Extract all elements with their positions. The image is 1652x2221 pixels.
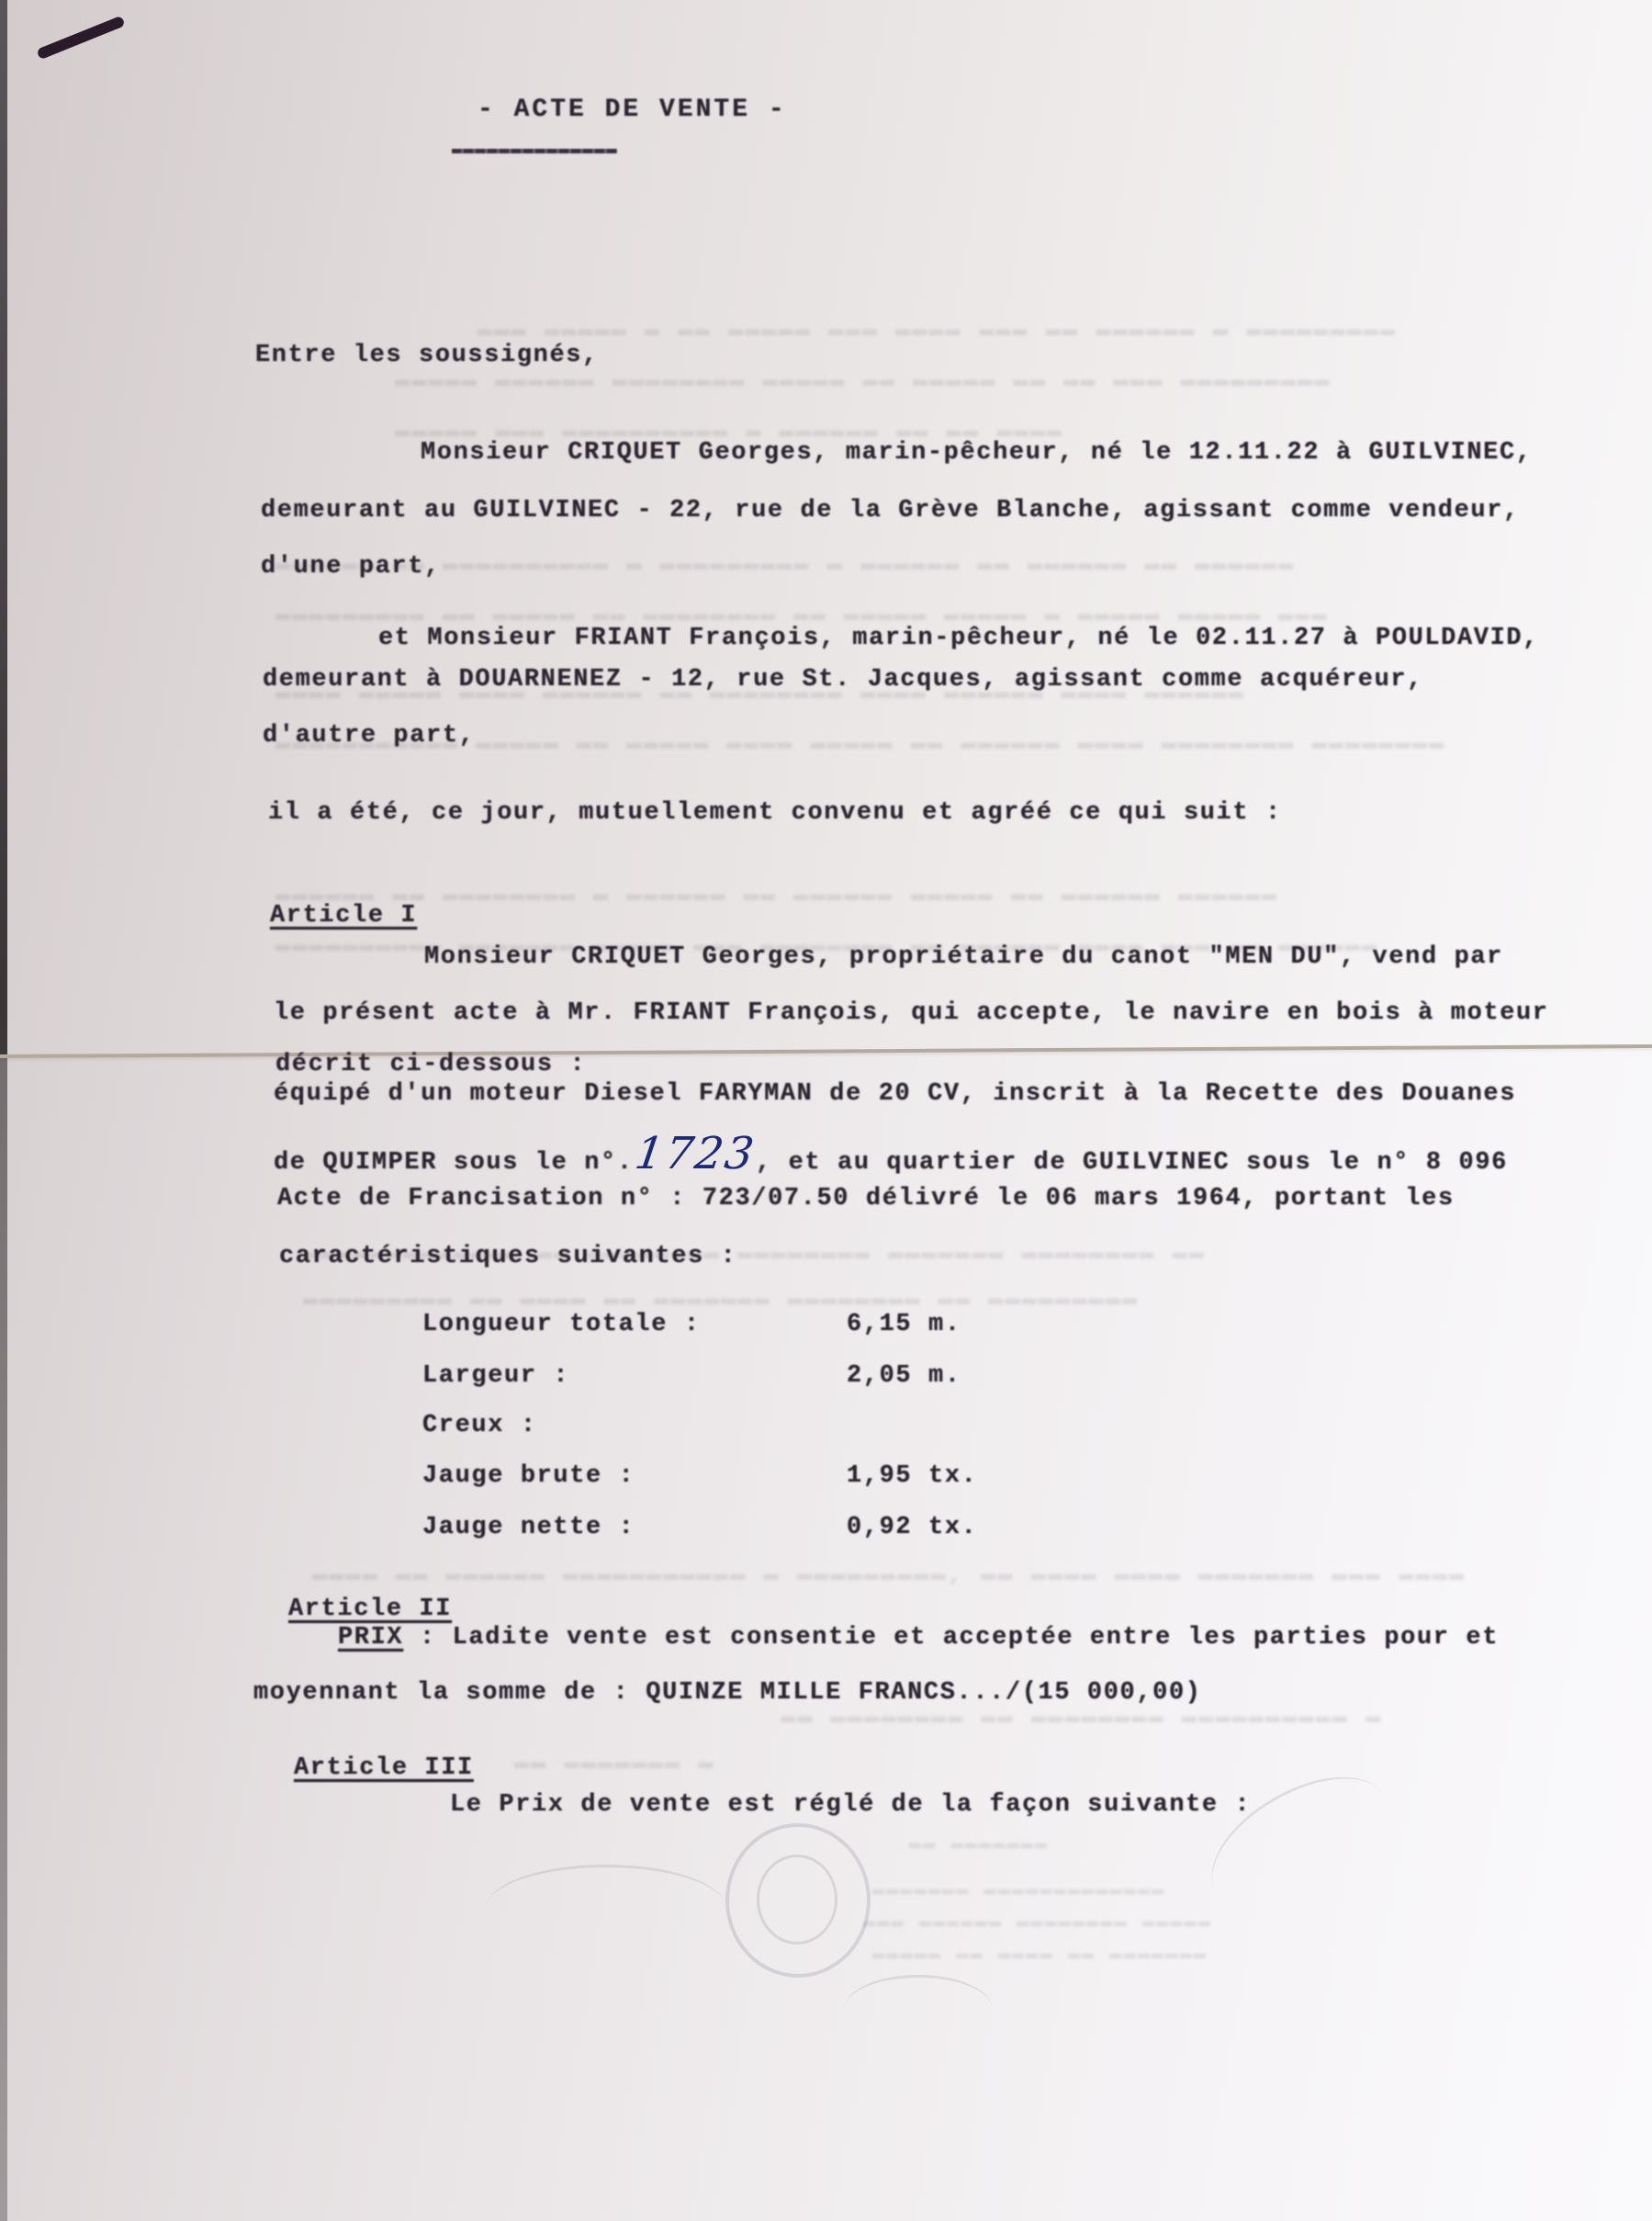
spec-label: Jauge nette : xyxy=(422,1514,635,1541)
show-through-text: ▬▬▬▬▬▬▬▬▬ ▬▬ ▬▬▬▬ ▬▬ ▬▬▬▬▬▬▬ ▬▬▬▬▬▬▬▬ ▬▬… xyxy=(303,1286,1139,1313)
article-1-line: Acte de Francisation n° : 723/07.50 déli… xyxy=(277,1185,1455,1212)
article-3-line-1: Le Prix de vente est réglé de la façon s… xyxy=(450,1791,1251,1819)
document-title: - ACTE DE VENTE - xyxy=(478,96,787,124)
seller-line-3: d'une part, xyxy=(261,553,441,581)
signature-mark xyxy=(487,1865,725,1950)
handwritten-registration-number: 1723 xyxy=(632,1128,759,1179)
article-2-line-1: PRIX : Ladite vente est consentie et acc… xyxy=(338,1624,1499,1652)
article-1-line: décrit ci-dessous : xyxy=(275,1051,586,1078)
spec-label: Jauge brute : xyxy=(422,1462,635,1490)
signature-mark xyxy=(845,1975,992,2042)
spec-value: 0,92 tx. xyxy=(847,1514,977,1541)
agreement-text: il a été, ce jour, mutuellement convenu … xyxy=(268,799,1282,827)
article-2-text: : Ladite vente est consentie et acceptée… xyxy=(403,1624,1499,1652)
show-through-text: ▬▬ ▬▬▬▬▬▬▬ xyxy=(909,1832,1049,1855)
seller-line-2: demeurant au GUILVINEC - 22, rue de la G… xyxy=(261,497,1520,524)
buyer-line-3: d'autre part, xyxy=(263,722,475,750)
buyer-line-2: demeurant à DOUARNENEZ - 12, rue St. Jac… xyxy=(263,666,1423,693)
pen-mark xyxy=(36,16,125,61)
buyer-line-1: et Monsieur FRIANT François, marin-pêche… xyxy=(378,625,1539,652)
show-through-text: ▬▬▬ ▬▬▬▬▬ ▬ ▬▬ ▬▬▬▬▬ ▬▬▬ ▬▬▬▬ ▬▬▬ ▬▬ ▬▬▬… xyxy=(478,317,1397,344)
show-through-text: ▬▬▬▬▬ ▬▬ ▬▬▬▬ ▬▬ ▬▬▬▬▬▬▬ xyxy=(872,1943,1208,1966)
document-photo: ▬▬▬ ▬▬▬▬▬ ▬ ▬▬ ▬▬▬▬▬ ▬▬▬ ▬▬▬▬ ▬▬▬ ▬▬ ▬▬▬… xyxy=(0,0,1652,2221)
spec-value: 6,15 m. xyxy=(847,1311,961,1338)
article-3-heading: Article III xyxy=(294,1754,474,1782)
show-through-text: ▬▬▬▬▬▬ ▬▬ ▬▬▬▬▬▬▬▬ ▬ ▬▬▬▬▬▬ ▬▬ ▬▬▬▬▬▬ ▬▬… xyxy=(275,882,1278,909)
prix-label: PRIX xyxy=(338,1624,403,1652)
title-underline xyxy=(452,149,617,153)
article-1-line: le présent acte à Mr. FRIANT François, q… xyxy=(274,999,1549,1027)
article-2-line-2: moyennant la somme de : QUINZE MILLE FRA… xyxy=(253,1679,1202,1707)
official-stamp xyxy=(725,1823,871,1978)
spec-value: 2,05 m. xyxy=(847,1362,961,1390)
intro-text: Entre les soussignés, xyxy=(255,342,599,369)
show-through-text: ▬▬▬▬▬▬▬ ▬▬▬▬▬▬▬▬▬▬▬▬▬ xyxy=(872,1878,1165,1901)
show-through-text: ▬▬▬▬ ▬▬ ▬▬▬▬▬▬ ▬▬▬▬▬▬▬▬▬▬▬ ▬ ▬▬▬▬▬▬▬▬▬, … xyxy=(312,1561,1466,1589)
article-1-line: caractéristiques suivantes : xyxy=(279,1243,736,1270)
show-through-text: ▬▬▬ ▬▬▬▬▬▬ ▬▬▬▬▬▬▬▬ ▬▬▬▬▬ xyxy=(863,1911,1212,1934)
spec-label: Longueur totale : xyxy=(422,1311,701,1338)
show-through-text: ▬▬ ▬▬▬▬▬▬▬▬ ▬▬ ▬▬▬▬▬▬▬▬ ▬▬▬▬▬▬▬▬▬▬ ▬ xyxy=(781,1704,1382,1731)
spec-label: Creux : xyxy=(422,1412,537,1439)
spec-value: 1,95 tx. xyxy=(847,1462,977,1490)
show-through-text: ▬▬▬▬▬ ▬▬▬▬▬▬ ▬▬▬▬▬▬▬▬ ▬▬▬▬▬ ▬▬ ▬▬▬▬▬ ▬▬ … xyxy=(395,367,1331,395)
spec-label: Largeur : xyxy=(422,1362,569,1390)
article-2-heading: Article II xyxy=(288,1595,452,1623)
article-1-heading: Article I xyxy=(270,902,417,930)
article-1-line: Monsieur CRIQUET Georges, propriétaire d… xyxy=(424,943,1503,971)
article-1-line: , et au quartier de GUILVINEC sous le n°… xyxy=(756,1149,1508,1177)
article-1-line: de QUIMPER sous le n°. xyxy=(274,1149,634,1177)
seller-line-1: Monsieur CRIQUET Georges, marin-pêcheur,… xyxy=(421,439,1533,467)
show-through-text: ▬▬ ▬▬▬▬▬▬▬ ▬ xyxy=(514,1750,714,1777)
article-1-line: équipé d'un moteur Diesel FARYMAN de 20 … xyxy=(274,1080,1516,1108)
